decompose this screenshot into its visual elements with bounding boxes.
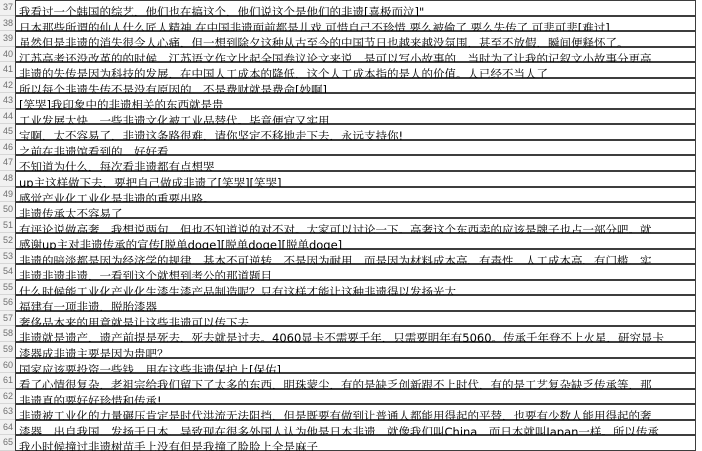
table-row: 49 感觉产业化工业化是非遗的重要出路。 bbox=[0, 187, 702, 203]
comment-cell[interactable]: 我小时候撞过非遗树苗手上没有但是我撞了脸脸上全是麻子 bbox=[15, 435, 696, 451]
comment-cell[interactable]: 什么时候能工业化产业化生漆生漆产品制造呢？只有这样才能让这种非遗得以发扬光大 bbox=[15, 280, 696, 296]
table-row: 55 什么时候能工业化产业化生漆生漆产品制造呢？只有这样才能让这种非遗得以发扬光… bbox=[0, 280, 702, 296]
row-number[interactable]: 39 bbox=[0, 31, 15, 47]
table-row: 47 不知道为什么，每次看非遗都有点想哭 bbox=[0, 155, 702, 171]
row-number[interactable]: 62 bbox=[0, 389, 15, 405]
table-row: 56 福建有一项非遗，脱胎漆器 bbox=[0, 295, 702, 311]
comment-cell[interactable]: 之前在非遗馆看到的，好好看 bbox=[15, 140, 696, 156]
table-row: 61 看了心情很复杂，老祖宗给我们留下了太多的东西，明珠蒙尘，有的是缺乏创新跟不… bbox=[0, 373, 702, 389]
table-row: 38 日本那些所谓的仙人什么匠人精神 在中国非遗面前都是儿戏 可惜自己不珍惜 要… bbox=[0, 16, 702, 32]
table-row: 39 虽然但是非遗的消失很令人心痛，但一想到除夕这种从古至今的中国节日也越来越没… bbox=[0, 31, 702, 47]
comment-cell[interactable]: 宝啊，太不容易了，非遗这条路很难，请你坚定不移地走下去，永远支持你! bbox=[15, 124, 696, 140]
comment-cell[interactable]: 看了心情很复杂，老祖宗给我们留下了太多的东西，明珠蒙尘，有的是缺乏创新跟不上时代… bbox=[15, 373, 696, 389]
comment-cell[interactable]: 工业发展太快，一些非遗文化被工业品替代。毕竟便宜又实用 bbox=[15, 109, 696, 125]
comment-cell[interactable]: 非遗就是遗产，遗产前提是死去，死去就是过去。4060显卡不需要千年，只需要明年有… bbox=[15, 326, 696, 342]
comment-cell[interactable]: 非遗非遗非遗，一看到这个就想到考公的那道题目 bbox=[15, 264, 696, 280]
comment-cell[interactable]: 漆器成非遗主要是因为贵吧？ bbox=[15, 342, 696, 358]
table-row: 43 [笑哭]我印象中的非遗相关的东西就是贵 bbox=[0, 93, 702, 109]
spreadsheet-viewport: 37 我看过一个韩国的综艺，他们也在搞这个，他们说这个是他们的非遗[喜极而泣]"… bbox=[0, 0, 702, 451]
table-row: 44 工业发展太快，一些非遗文化被工业品替代。毕竟便宜又实用 bbox=[0, 109, 702, 125]
row-number[interactable]: 59 bbox=[0, 342, 15, 358]
spreadsheet-grid: 37 我看过一个韩国的综艺，他们也在搞这个，他们说这个是他们的非遗[喜极而泣]"… bbox=[0, 0, 702, 451]
row-number[interactable]: 49 bbox=[0, 187, 15, 203]
comment-cell[interactable]: 非遗被工业化的力量碾压肯定是时代洪流无法阻挡，但是既要有做到让普通人都能用得起的… bbox=[15, 404, 696, 420]
table-row: 45 宝啊，太不容易了，非遗这条路很难，请你坚定不移地走下去，永远支持你! bbox=[0, 124, 702, 140]
table-row: 65 我小时候撞过非遗树苗手上没有但是我撞了脸脸上全是麻子 bbox=[0, 435, 702, 451]
row-number[interactable]: 37 bbox=[0, 0, 15, 16]
row-number[interactable]: 40 bbox=[0, 47, 15, 63]
comment-cell[interactable]: 福建有一项非遗，脱胎漆器 bbox=[15, 295, 696, 311]
row-number[interactable]: 56 bbox=[0, 295, 15, 311]
table-row: 50 非遗传承太不容易了 bbox=[0, 202, 702, 218]
table-row: 48 up主这样做下去，要把自己做成非遗了[笑哭][笑哭] bbox=[0, 171, 702, 187]
table-row: 63 非遗被工业化的力量碾压肯定是时代洪流无法阻挡，但是既要有做到让普通人都能用… bbox=[0, 404, 702, 420]
table-row: 59 漆器成非遗主要是因为贵吧？ bbox=[0, 342, 702, 358]
table-row: 57 奢侈品本来的用意就是让这些非遗可以传下去 bbox=[0, 311, 702, 327]
comment-cell[interactable]: 国家应该要投资一些钱，用在这些非遗保护上[保佑] bbox=[15, 358, 696, 374]
comment-cell[interactable]: 非遗真的要好好珍惜和传承! bbox=[15, 389, 696, 405]
row-number[interactable]: 41 bbox=[0, 62, 15, 78]
row-number[interactable]: 43 bbox=[0, 93, 15, 109]
row-number[interactable]: 51 bbox=[0, 218, 15, 234]
table-row: 54 非遗非遗非遗，一看到这个就想到考公的那道题目 bbox=[0, 264, 702, 280]
row-number[interactable]: 50 bbox=[0, 202, 15, 218]
comment-cell[interactable]: 非遗的失传是因为科技的发展，在中国人工成本的降低，这个人工成本指的是人的价值。人… bbox=[15, 62, 696, 78]
row-number[interactable]: 54 bbox=[0, 264, 15, 280]
comment-cell[interactable]: 奢侈品本来的用意就是让这些非遗可以传下去 bbox=[15, 311, 696, 327]
row-number[interactable]: 63 bbox=[0, 404, 15, 420]
table-row: 42 所以每个非遗失传不是没有原因的，不是费财就是费命[妙啊] bbox=[0, 78, 702, 94]
table-row: 46 之前在非遗馆看到的，好好看 bbox=[0, 140, 702, 156]
comment-cell[interactable]: 感觉产业化工业化是非遗的重要出路。 bbox=[15, 187, 696, 203]
row-number[interactable]: 61 bbox=[0, 373, 15, 389]
row-number[interactable]: 60 bbox=[0, 358, 15, 374]
row-number[interactable]: 65 bbox=[0, 435, 15, 451]
table-row: 64 漆器，出自我国，发扬于日本，导致现在很多外国人认为他是日本非遗，就像我们叫… bbox=[0, 420, 702, 436]
comment-cell[interactable]: 非遗传承太不容易了 bbox=[15, 202, 696, 218]
comment-cell[interactable]: 我看过一个韩国的综艺，他们也在搞这个，他们说这个是他们的非遗[喜极而泣]" bbox=[15, 0, 696, 16]
table-row: 58 非遗就是遗产，遗产前提是死去，死去就是过去。4060显卡不需要千年，只需要… bbox=[0, 326, 702, 342]
row-number[interactable]: 64 bbox=[0, 420, 15, 436]
row-number[interactable]: 58 bbox=[0, 326, 15, 342]
row-number[interactable]: 48 bbox=[0, 171, 15, 187]
table-row: 53 非遗的暗淡都是因为经济学的规律，基本不可逆转，不是因为耐用，而是因为材料成… bbox=[0, 249, 702, 265]
comment-cell[interactable]: 江苏高考还没改革的的时候，江苏语文作文比起全国卷议论文来说，是可以写小故事的，当… bbox=[15, 47, 696, 63]
row-number[interactable]: 52 bbox=[0, 233, 15, 249]
row-number[interactable]: 44 bbox=[0, 109, 15, 125]
comment-cell[interactable]: 不知道为什么，每次看非遗都有点想哭 bbox=[15, 155, 696, 171]
comment-cell[interactable]: 有评论说做高奢，我想说两句，但也不知道说的对不对。大家可以讨论一下。高奢这个东西… bbox=[15, 218, 696, 234]
table-row: 37 我看过一个韩国的综艺，他们也在搞这个，他们说这个是他们的非遗[喜极而泣]" bbox=[0, 0, 702, 16]
comment-cell[interactable]: 感谢up主对非遗传承的宣传[脱单doge][脱单doge][脱单doge] bbox=[15, 233, 696, 249]
row-number[interactable]: 57 bbox=[0, 311, 15, 327]
comment-cell[interactable]: 漆器，出自我国，发扬于日本，导致现在很多外国人认为他是日本非遗，就像我们叫Chi… bbox=[15, 420, 696, 436]
comment-cell[interactable]: up主这样做下去，要把自己做成非遗了[笑哭][笑哭] bbox=[15, 171, 696, 187]
table-row: 60 国家应该要投资一些钱，用在这些非遗保护上[保佑] bbox=[0, 358, 702, 374]
row-number[interactable]: 45 bbox=[0, 124, 15, 140]
row-number[interactable]: 53 bbox=[0, 249, 15, 265]
row-number[interactable]: 46 bbox=[0, 140, 15, 156]
row-number[interactable]: 47 bbox=[0, 155, 15, 171]
table-row: 52 感谢up主对非遗传承的宣传[脱单doge][脱单doge][脱单doge] bbox=[0, 233, 702, 249]
comment-cell-text: 我小时候撞过非遗树苗手上没有但是我撞了脸脸上全是麻子 bbox=[19, 441, 318, 451]
table-row: 51 有评论说做高奢，我想说两句，但也不知道说的对不对。大家可以讨论一下。高奢这… bbox=[0, 218, 702, 234]
comment-cell[interactable]: 所以每个非遗失传不是没有原因的，不是费财就是费命[妙啊] bbox=[15, 78, 696, 94]
comment-cell[interactable]: 虽然但是非遗的消失很令人心痛，但一想到除夕这种从古至今的中国节日也越来越没氛围，… bbox=[15, 31, 696, 47]
row-number[interactable]: 42 bbox=[0, 78, 15, 94]
table-row: 40 江苏高考还没改革的的时候，江苏语文作文比起全国卷议论文来说，是可以写小故事… bbox=[0, 47, 702, 63]
comment-cell[interactable]: [笑哭]我印象中的非遗相关的东西就是贵 bbox=[15, 93, 696, 109]
table-row: 62 非遗真的要好好珍惜和传承! bbox=[0, 389, 702, 405]
comment-cell[interactable]: 日本那些所谓的仙人什么匠人精神 在中国非遗面前都是儿戏 可惜自己不珍惜 要么被偷… bbox=[15, 16, 696, 32]
row-number[interactable]: 55 bbox=[0, 280, 15, 296]
row-number[interactable]: 38 bbox=[0, 16, 15, 32]
table-row: 41 非遗的失传是因为科技的发展，在中国人工成本的降低，这个人工成本指的是人的价… bbox=[0, 62, 702, 78]
comment-cell[interactable]: 非遗的暗淡都是因为经济学的规律，基本不可逆转，不是因为耐用，而是因为材料成本高、… bbox=[15, 249, 696, 265]
